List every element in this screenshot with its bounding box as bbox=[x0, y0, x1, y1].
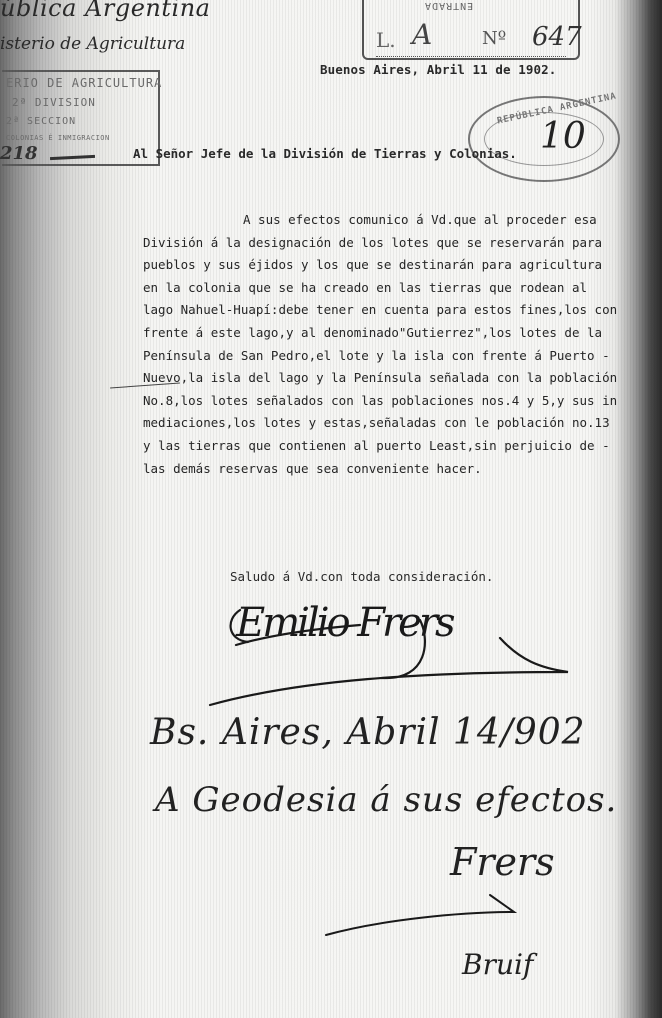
oval-stamp: REPÚBLICA ARGENTINA 10 bbox=[468, 96, 620, 182]
document-page: ública Argentina isterio de Agricultura … bbox=[0, 0, 662, 1018]
registry-stamp-letter: A bbox=[412, 18, 432, 51]
handwritten-date: Bs. Aires, Abril 14/902 bbox=[150, 712, 586, 753]
ministry-stamp-line2: 2ª DIVISION bbox=[12, 96, 96, 109]
closing-line: Saludo á Vd.con toda consideración. bbox=[230, 569, 493, 584]
registry-stamp-dotted-line bbox=[376, 56, 566, 57]
body-line: A sus efectos comunico á Vd.que al proce… bbox=[143, 209, 643, 232]
final-signature: Bruif bbox=[462, 948, 533, 981]
ministry-stamp-line4: COLONIAS É INMIGRACION bbox=[6, 134, 110, 142]
body-line: No.8,los lotes señalados con las poblaci… bbox=[143, 390, 643, 413]
letter-date: Buenos Aires, Abril 11 de 1902. bbox=[320, 62, 556, 77]
body-line: lago Nahuel-Huapí:debe tener en cuenta p… bbox=[143, 299, 643, 322]
ministry-stamp-line3: 2ª SECCION bbox=[6, 116, 76, 127]
body-line: en la colonia que se ha creado en las ti… bbox=[143, 277, 643, 300]
addressee: Al Señor Jefe de la División de Tierras … bbox=[133, 146, 517, 161]
main-signature: Emilio Frers bbox=[236, 600, 453, 646]
registry-stamp-top: ENTRADA bbox=[424, 0, 473, 11]
letterhead-country: ública Argentina bbox=[0, 0, 210, 22]
registry-stamp-number: 647 bbox=[532, 22, 582, 52]
initial-signature: Frers bbox=[450, 840, 555, 884]
body-line: División á la designación de los lotes q… bbox=[143, 232, 643, 255]
body-line: Nuevo,la isla del lago y la Península se… bbox=[143, 367, 643, 390]
handwritten-instruction: A Geodesia á sus efectos. bbox=[155, 780, 617, 820]
body-line: las demás reservas que sea conveniente h… bbox=[143, 458, 643, 481]
letterhead-ministry: isterio de Agricultura bbox=[0, 34, 185, 54]
registry-stamp: ENTRADA L. A Nº 647 bbox=[362, 0, 580, 60]
body-line: y las tierras que contienen al puerto Le… bbox=[143, 435, 643, 458]
ministry-stamp-number: 218 bbox=[0, 143, 38, 164]
body-line: mediaciones,los lotes y estas,señaladas … bbox=[143, 412, 643, 435]
letter-body: A sus efectos comunico á Vd.que al proce… bbox=[143, 209, 643, 480]
ministry-stamp-line1: ERIO DE AGRICULTURA bbox=[6, 76, 162, 90]
registry-stamp-number-label: Nº bbox=[482, 28, 506, 49]
oval-stamp-number: 10 bbox=[540, 116, 586, 157]
body-line: pueblos y sus éjidos y los que se destin… bbox=[143, 254, 643, 277]
registry-stamp-prefix: L. bbox=[376, 28, 396, 52]
body-line: frente á este lago,y al denominado"Gutie… bbox=[143, 322, 643, 345]
body-line: Península de San Pedro,el lote y la isla… bbox=[143, 345, 643, 368]
